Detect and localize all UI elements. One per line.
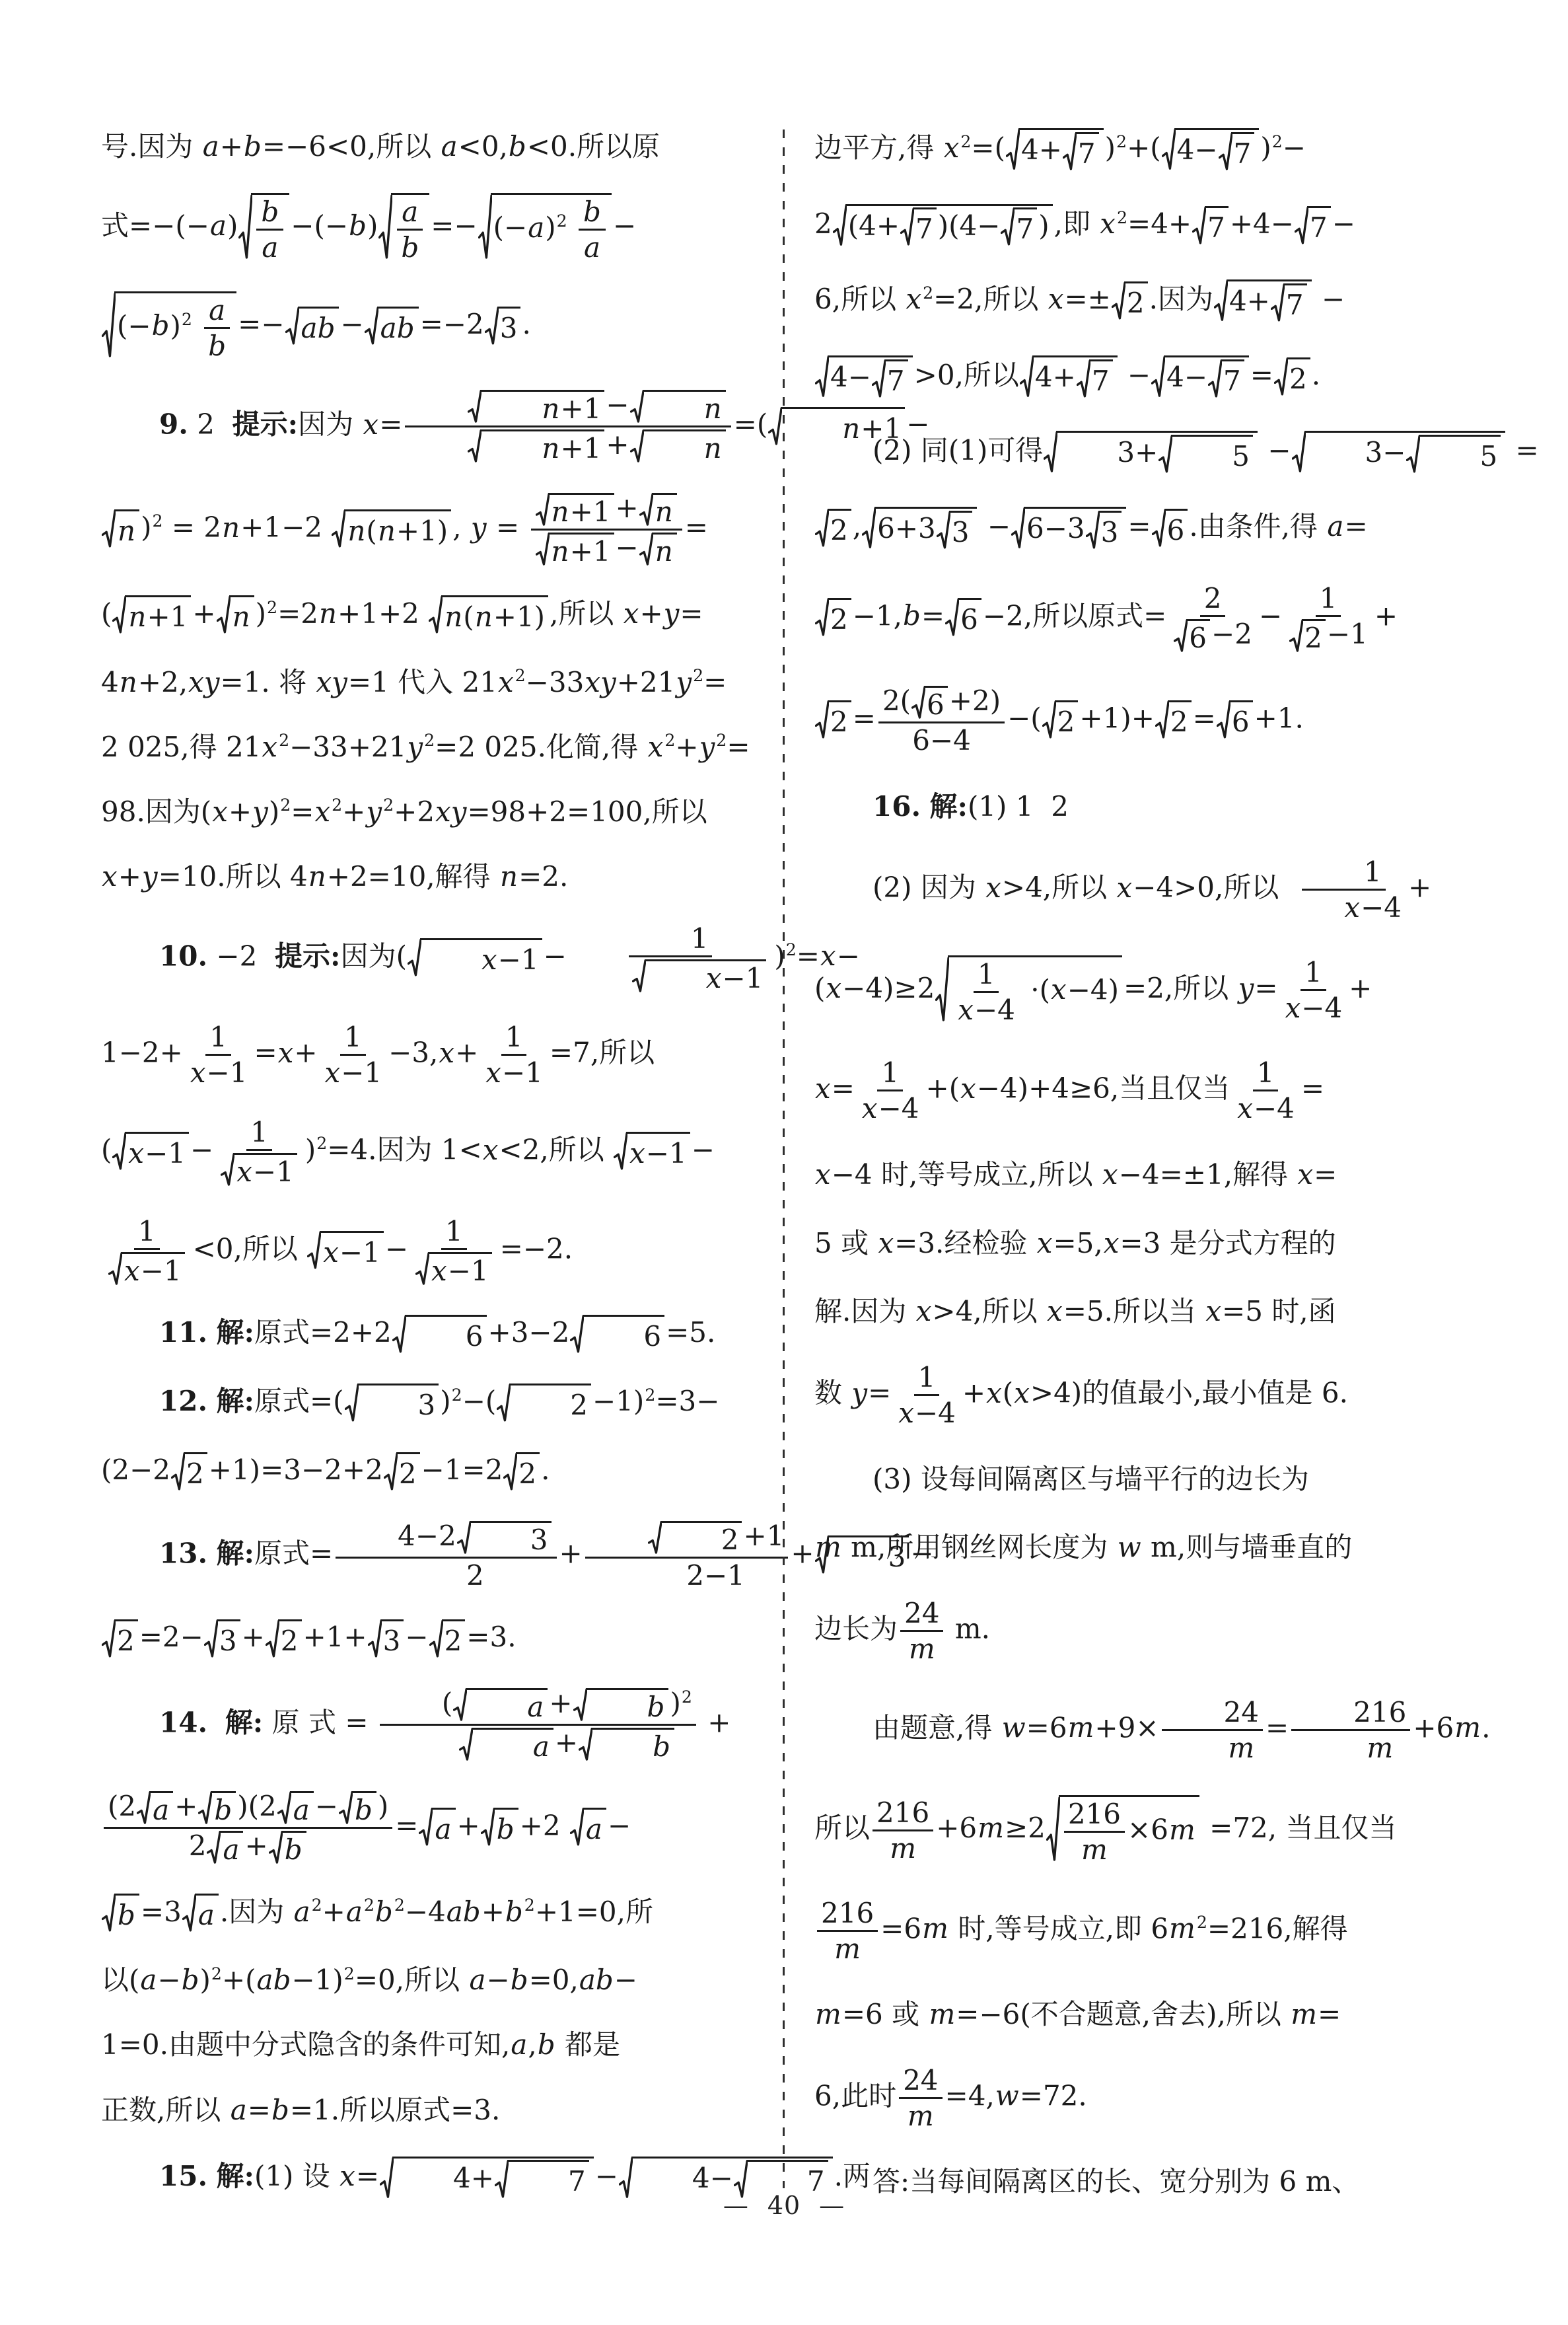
radical-sign	[503, 1452, 517, 1492]
radical-sign	[1174, 619, 1188, 653]
radical-sign	[345, 1384, 359, 1423]
radical-sign	[137, 1791, 151, 1826]
radical-sign	[536, 533, 550, 567]
solution-line: (3) 设每间隔离区与墙平行的边长为	[814, 1461, 1475, 1497]
solution-line: 10. −2 提示:因为(x−1−1x−1)2=x−	[101, 923, 762, 994]
page-footer: —40—	[0, 2191, 1568, 2220]
radical-sign	[221, 1153, 234, 1187]
solution-line: 式=−(−a)ba−(−b)ab=−(−a)2 ba−	[101, 193, 762, 263]
radical-sign	[481, 1808, 495, 1847]
radical-sign	[768, 407, 782, 447]
solution-line: 2 025,得 21x2−33+21y2=2 025.化简,得 x2+y2=	[101, 729, 762, 765]
radical-sign	[102, 1894, 116, 1933]
solution-line: 号.因为 a+b=−6<0,所以 a<0,b<0.所以原	[101, 128, 762, 165]
radical-sign	[102, 291, 116, 361]
radical-sign	[815, 509, 829, 548]
radical-sign	[1295, 206, 1308, 246]
radical-sign	[1020, 355, 1034, 399]
radical-sign	[1112, 281, 1125, 321]
solution-line: 1x−1<0,所以 x−1−1x−1=−2.	[101, 1216, 762, 1286]
radical-sign	[1208, 359, 1222, 399]
radical-sign	[872, 359, 886, 399]
solution-line: 14. 解: 原 式 = (a+b)2a+b +	[101, 1687, 762, 1762]
solution-line: 所以216m+6m≥2216m×6m =72, 当且仅当	[814, 1795, 1475, 1865]
solution-line: 以(a−b)2+(ab−1)2=0,所以 a−b=0,ab−	[101, 1962, 762, 1998]
radical-sign	[485, 307, 499, 346]
solution-line: n)2 = 2n+1−2 n(n+1), y = n+1+nn+1−n=	[101, 492, 762, 567]
solution-line: 13. 解:原式=4−232+2+12−1+3−	[101, 1520, 762, 1591]
radical-sign	[217, 595, 231, 635]
radical-sign	[171, 1452, 185, 1492]
radical-sign	[453, 1688, 467, 1722]
solution-line: 6,此时24m=4,w=72.	[814, 2065, 1475, 2131]
radical-sign	[1158, 435, 1172, 474]
solution-line: x+y=10.所以 4n+2=10,解得 n=2.	[101, 858, 762, 895]
solution-line: 正数,所以 a=b=1.所以原式=3.	[101, 2092, 762, 2128]
radical-sign	[815, 355, 829, 399]
radical-sign	[478, 193, 492, 263]
answers-right-column: 边平方,得 x2=(4+7)2+(4−7)2−2(4+7)(4−7),即 x2=…	[814, 128, 1475, 2200]
page-number: 40	[767, 2191, 801, 2220]
radical-sign	[112, 595, 126, 635]
radical-sign	[238, 193, 252, 263]
textbook-answer-page: 号.因为 a+b=−6<0,所以 a<0,b<0.所以原式=−(−a)ba−(−…	[0, 0, 1568, 2325]
radical-sign	[815, 598, 829, 638]
solution-line: m=6 或 m=−6(不合题意,舍去),所以 m=	[814, 1996, 1475, 2032]
radical-sign	[365, 307, 378, 346]
radical-sign	[573, 1688, 587, 1722]
radical-sign	[570, 1808, 584, 1847]
solution-line: 11. 解:原式=2+26+3−26=5.	[101, 1314, 762, 1354]
radical-sign	[457, 1521, 471, 1555]
radical-sign	[945, 598, 959, 638]
radical-sign	[1011, 507, 1025, 550]
radical-sign	[630, 390, 644, 424]
radical-sign	[1086, 511, 1100, 550]
radical-sign	[1271, 283, 1285, 323]
radical-sign	[1042, 700, 1056, 740]
radical-sign	[392, 1315, 406, 1354]
radical-sign	[378, 193, 392, 263]
radical-sign	[1006, 128, 1020, 172]
solution-line: 数 y=1x−4+x(x>4)的值最小,最小值是 6.	[814, 1362, 1475, 1428]
radical-sign	[384, 1452, 398, 1492]
radical-sign	[1077, 359, 1090, 399]
solution-line: 2=2−3+2+1+3−2=3.	[101, 1619, 762, 1659]
radical-sign	[182, 1894, 196, 1933]
radical-sign	[468, 390, 481, 424]
radical-sign	[459, 1728, 473, 1762]
radical-sign	[269, 1831, 283, 1865]
radical-sign	[937, 511, 950, 550]
radical-sign	[639, 493, 653, 527]
radical-sign	[108, 1252, 122, 1286]
radical-sign	[198, 1791, 212, 1826]
radical-sign	[1292, 431, 1306, 474]
radical-sign	[429, 595, 443, 635]
radical-sign	[415, 1252, 429, 1286]
radical-sign	[935, 955, 949, 1025]
radical-sign	[833, 204, 847, 248]
radical-sign	[1162, 128, 1176, 172]
footer-dash-right: —	[819, 2191, 845, 2220]
radical-sign	[1044, 431, 1057, 474]
radical-sign	[408, 938, 421, 978]
solution-line: x=1x−4+(x−4)+4≥6,当且仅当1x−4=	[814, 1057, 1475, 1124]
radical-sign	[332, 509, 345, 549]
radical-sign	[639, 533, 653, 567]
solution-line: (2) 因为 x>4,所以 x−4>0,所以1x−4+	[814, 856, 1475, 923]
radical-sign	[1155, 700, 1169, 740]
radical-sign	[648, 1521, 662, 1555]
radical-sign	[1046, 1795, 1060, 1865]
solution-line: 边长为24m m.	[814, 1598, 1475, 1664]
solution-line: 2=2(6+2)6−4−(2+1)+2=6+1.	[814, 685, 1475, 756]
radical-sign	[536, 493, 550, 527]
radical-sign	[277, 1791, 291, 1826]
radical-sign	[1217, 700, 1230, 740]
solution-line: 解.因为 x>4,所以 x=5.所以当 x=5 时,函	[814, 1293, 1475, 1329]
radical-sign	[1063, 132, 1077, 172]
radical-sign	[1001, 207, 1015, 247]
solution-line: 4−7>0,所以4+7 −4−7=2.	[814, 355, 1475, 399]
solution-line: (2a+b)(2a−b)2a+b=a+b+2 a−	[101, 1790, 762, 1865]
solution-line: (−b)2 ab=−ab−ab=−23.	[101, 291, 762, 361]
footer-dash-left: —	[723, 2191, 749, 2220]
radical-sign	[368, 1619, 382, 1659]
radical-sign	[632, 959, 646, 994]
radical-sign	[419, 1808, 433, 1847]
radical-sign	[1152, 509, 1166, 548]
radical-sign	[1289, 619, 1303, 653]
radical-sign	[911, 686, 925, 720]
radical-sign	[1219, 132, 1232, 172]
solution-line: x−4 时,等号成立,所以 x−4=±1,解得 x=	[814, 1156, 1475, 1193]
solution-line: 216m=6m 时,等号成立,即 6m2=216,解得	[814, 1898, 1475, 1964]
solution-line: (2−22+1)=3−2+22−1=22.	[101, 1452, 762, 1492]
solution-line: m m,所用钢丝网长度为 w m,则与墙垂直的	[814, 1529, 1475, 1565]
column-divider	[783, 129, 785, 2188]
radical-sign	[570, 1315, 584, 1354]
radical-sign	[1192, 206, 1206, 246]
radical-sign	[285, 307, 299, 346]
solution-line: 1=0.由题中分式隐含的条件可知,a,b 都是	[101, 2026, 762, 2063]
solution-line: 由题意,得 w=6m+9×24m=216m+6m.	[814, 1697, 1475, 1763]
solution-line: 2−1,b=6−2,所以原式=26−2−12−1+	[814, 583, 1475, 653]
solution-line: (2) 同(1)可得3+5 −3−5 =	[814, 431, 1475, 474]
radical-sign	[339, 1791, 353, 1826]
solution-line: 98.因为(x+y)2=x2+y2+2xy=98+2=100,所以	[101, 793, 762, 830]
answers-left-column: 号.因为 a+b=−6<0,所以 a<0,b<0.所以原式=−(−a)ba−(−…	[101, 128, 762, 2200]
solution-line: 9. 2 提示:因为 x=n+1−nn+1+n=(n+1−	[101, 389, 762, 464]
radical-sign	[1274, 357, 1288, 397]
solution-line: 边平方,得 x2=(4+7)2+(4−7)2−	[814, 128, 1475, 172]
radical-sign	[497, 1384, 511, 1423]
solution-line: 5 或 x=3.经检验 x=5,x=3 是分式方程的	[814, 1225, 1475, 1261]
radical-sign	[204, 1619, 218, 1659]
radical-sign	[862, 507, 876, 550]
radical-sign	[307, 1231, 321, 1271]
solution-line: 16. 解:(1) 1 2	[814, 788, 1475, 825]
solution-line: b=3a.因为 a2+a2b2−4ab+b2+1=0,所	[101, 1894, 762, 1934]
radical-sign	[579, 1728, 592, 1762]
solution-line: 6,所以 x2=2,所以 x=±2.因为4+7 −	[814, 279, 1475, 323]
radical-sign	[102, 509, 116, 549]
solution-line: (x−4)≥21x−4 ·(x−4)=2,所以 y=1x−4+	[814, 955, 1475, 1025]
radical-sign	[468, 429, 481, 464]
radical-sign	[429, 1619, 443, 1659]
radical-sign	[112, 1132, 126, 1171]
solution-line: 2(4+7)(4−7),即 x2=4+7+4−7−	[814, 204, 1475, 248]
radical-sign	[266, 1619, 279, 1659]
radical-sign	[1406, 435, 1420, 474]
radical-sign	[207, 1831, 221, 1865]
radical-sign	[102, 1619, 116, 1659]
solution-line: (x−1−1x−1)2=4.因为 1<x<2,所以 x−1−	[101, 1117, 762, 1187]
solution-line: 12. 解:原式=(3)2−(2−1)2=3−	[101, 1383, 762, 1423]
radical-sign	[1214, 279, 1228, 323]
radical-sign	[900, 207, 914, 247]
solution-line: 2,6+33 −6−33=6.由条件,得 a=	[814, 507, 1475, 550]
radical-sign	[1151, 355, 1165, 399]
solution-line: 1−2+1x−1=x+1x−1−3,x+1x−1=7,所以	[101, 1021, 762, 1088]
radical-sign	[815, 700, 829, 740]
solution-line: 4n+2,xy=1. 将 xy=1 代入 21x2−33xy+21y2=	[101, 664, 762, 700]
radical-sign	[614, 1132, 627, 1171]
solution-line: (n+1+n)2=2n+1+2 n(n+1),所以 x+y=	[101, 595, 762, 636]
radical-sign	[630, 429, 644, 464]
